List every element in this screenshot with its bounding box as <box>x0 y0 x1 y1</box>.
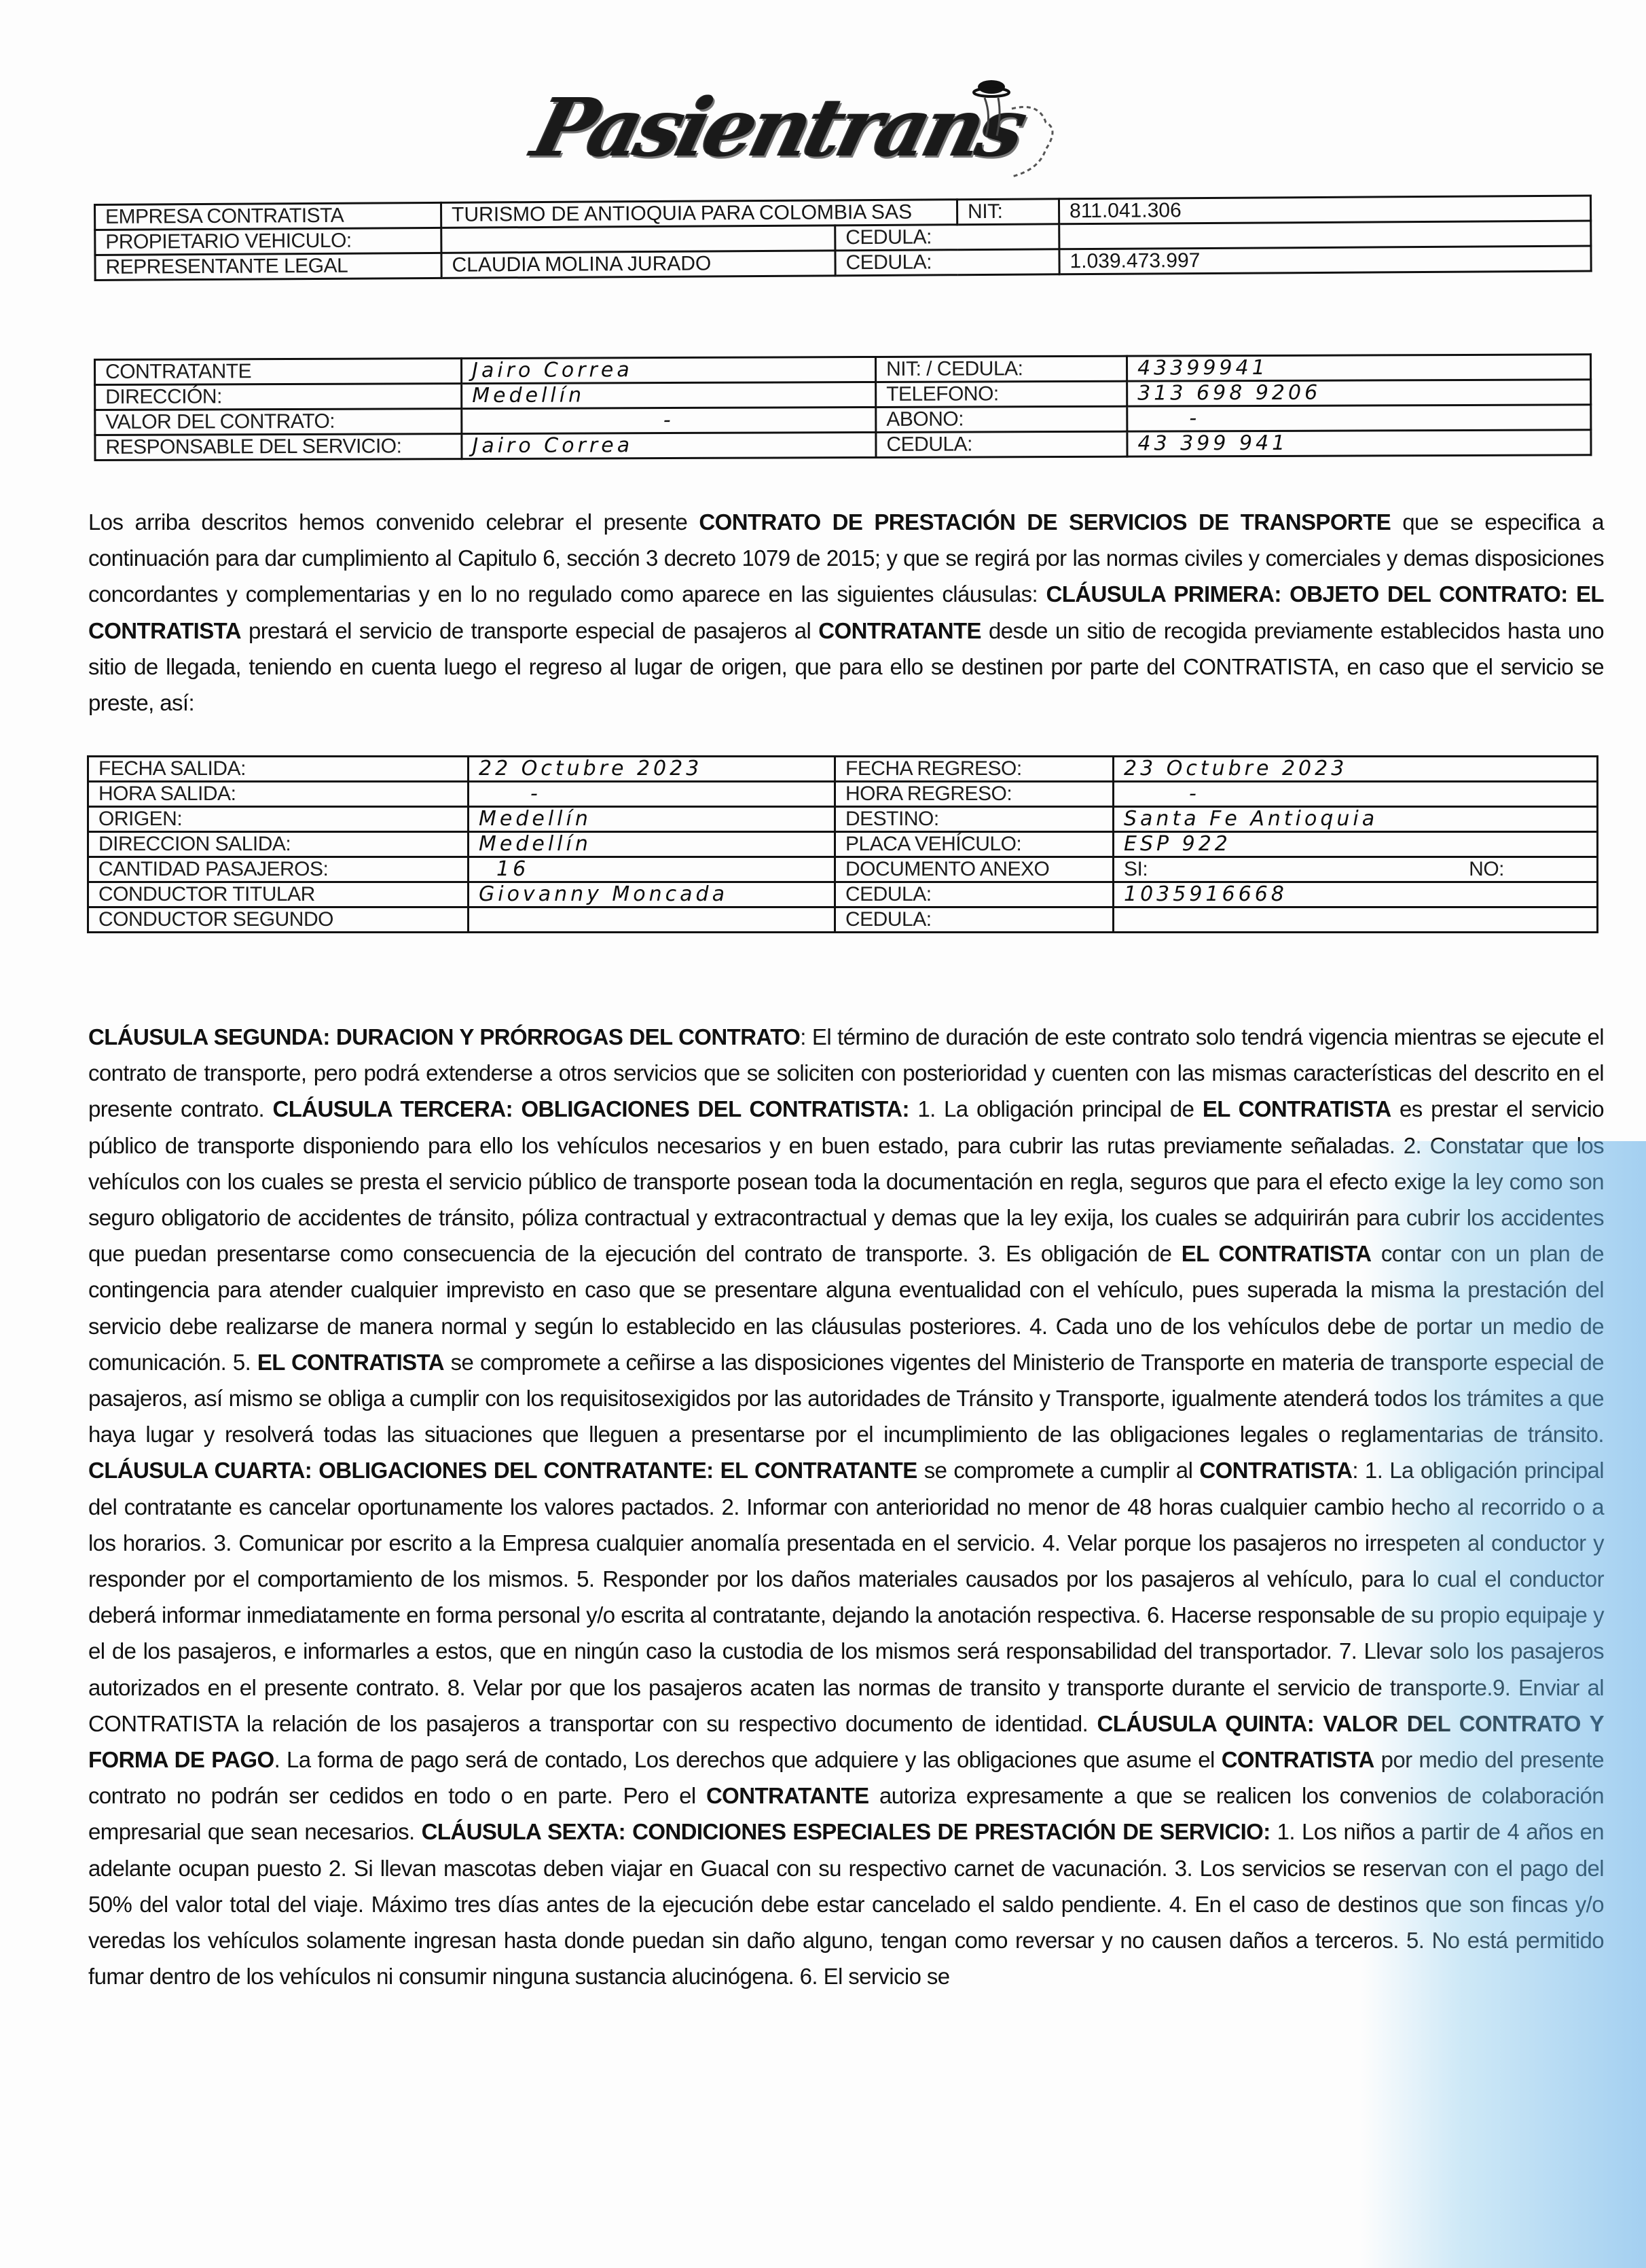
table-row: HORA SALIDA: - HORA REGRESO: - <box>88 782 1598 807</box>
table-row: FECHA SALIDA: 22 Octubre 2023 FECHA REGR… <box>88 757 1598 782</box>
client-address-value: Medellín <box>462 382 876 408</box>
row-label: DIRECCIÓN: <box>95 384 462 410</box>
paragraph-text: . La forma de pago será de contado, Los … <box>274 1747 1222 1772</box>
row-label: PROPIETARIO VEHICULO: <box>95 228 441 255</box>
bold-term: CONTRATISTA <box>1222 1747 1374 1772</box>
bold-term: CONTRATANTE <box>818 618 981 643</box>
clause-heading: CLÁUSULA TERCERA: OBLIGACIONES DEL CONTR… <box>272 1096 909 1121</box>
paragraph-text: 1. La obligación principal de <box>909 1096 1203 1121</box>
main-driver-cedula-value: 1035916668 <box>1114 882 1598 907</box>
bold-term: EL CONTRATISTA <box>1203 1096 1391 1121</box>
row-label: REPRESENTANTE LEGAL <box>95 253 441 280</box>
paragraph-text: se compromete a cumplir al <box>917 1458 1200 1483</box>
clauses-paragraph: CLÁUSULA SEGUNDA: DURACION Y PRÓRROGAS D… <box>88 1019 1604 1994</box>
table-row: CONDUCTOR SEGUNDO CEDULA: <box>88 907 1598 933</box>
second-driver-value <box>469 907 835 933</box>
row-label: RESPONSABLE DEL SERVICIO: <box>95 434 462 461</box>
clause-heading: CLÁUSULA SEXTA: CONDICIONES ESPECIALES D… <box>422 1819 1270 1844</box>
owner-value <box>441 226 835 253</box>
row-label: CEDULA: <box>835 882 1114 907</box>
destination-value: Santa Fe Antioquia <box>1114 807 1598 832</box>
client-name-value: Jairo Correa <box>462 357 876 383</box>
person-with-hat-icon <box>964 68 1066 190</box>
logo-text: Pasientrans <box>525 80 1033 175</box>
row-label: PLACA VEHÍCULO: <box>835 832 1114 857</box>
row-label: FECHA REGRESO: <box>835 757 1114 782</box>
paragraph-text: Los arriba descritos hemos convenido cel… <box>88 509 699 535</box>
annex-no-label: NO: <box>1469 858 1504 881</box>
annex-document-cell: SI: NO: <box>1114 857 1598 882</box>
row-label: HORA SALIDA: <box>88 782 469 807</box>
row-label: CANTIDAD PASAJEROS: <box>88 857 469 882</box>
deposit-value: - <box>1127 405 1591 431</box>
paragraph-text: 1. Los niños a partir de 4 años en adela… <box>88 1819 1604 1989</box>
bold-term: EL CONTRATISTA <box>257 1350 444 1375</box>
departure-address-value: Medellín <box>469 832 835 857</box>
row-label: CONTRATANTE <box>95 359 462 385</box>
paragraph-text: prestará el servicio de transporte espec… <box>241 618 818 643</box>
row-label: ORIGEN: <box>88 807 469 832</box>
row-label: TELEFONO: <box>876 381 1127 407</box>
company-info-table: EMPRESA CONTRATISTA TURISMO DE ANTIOQUIA… <box>94 195 1592 281</box>
clause-heading: CLÁUSULA SEGUNDA: DURACION Y PRÓRROGAS D… <box>88 1024 800 1049</box>
client-info-table: CONTRATANTE Jairo Correa NIT: / CEDULA: … <box>94 353 1592 461</box>
annex-si-label: SI: <box>1124 858 1148 881</box>
bold-term: CONTRATISTA <box>1199 1458 1352 1483</box>
return-date-value: 23 Octubre 2023 <box>1114 757 1598 782</box>
contract-title: CONTRATO DE PRESTACIÓN DE SERVICIOS DE T… <box>699 509 1391 535</box>
row-label: DOCUMENTO ANEXO <box>835 857 1114 882</box>
row-label: CEDULA: <box>876 431 1127 457</box>
departure-time-value: - <box>469 782 835 807</box>
company-name-value: TURISMO DE ANTIOQUIA PARA COLOMBIA SAS <box>441 200 957 228</box>
contract-value: - <box>462 407 876 433</box>
bold-term: CONTRATANTE <box>706 1783 869 1808</box>
row-label: HORA REGRESO: <box>835 782 1114 807</box>
nit-label: NIT: <box>957 199 1059 225</box>
table-row: CONDUCTOR TITULAR Giovanny Moncada CEDUL… <box>88 882 1598 907</box>
service-responsible-value: Jairo Correa <box>462 432 876 458</box>
row-label: CONDUCTOR SEGUNDO <box>88 907 469 933</box>
row-label: CEDULA: <box>835 907 1114 933</box>
nit-value: 811.041.306 <box>1059 196 1590 224</box>
company-logo: Pasientrans <box>530 68 1086 197</box>
table-row: DIRECCION SALIDA: Medellín PLACA VEHÍCUL… <box>88 832 1598 857</box>
owner-cedula-value <box>1059 221 1591 249</box>
passenger-count-value: 16 <box>469 857 835 882</box>
row-label: NIT: / CEDULA: <box>875 356 1127 382</box>
main-driver-value: Giovanny Moncada <box>469 882 835 907</box>
cedula-label: CEDULA: <box>835 249 1059 276</box>
responsible-cedula-value: 43 399 941 <box>1127 430 1591 456</box>
row-label: EMPRESA CONTRATISTA <box>95 202 441 230</box>
row-label: VALOR DEL CONTRATO: <box>95 409 462 435</box>
table-row: ORIGEN: Medellín DESTINO: Santa Fe Antio… <box>88 807 1598 832</box>
client-phone-value: 313 698 9206 <box>1127 380 1591 406</box>
row-label: FECHA SALIDA: <box>88 757 469 782</box>
row-label: CONDUCTOR TITULAR <box>88 882 469 907</box>
table-row: RESPONSABLE DEL SERVICIO: Jairo Correa C… <box>95 430 1591 461</box>
row-label: DIRECCION SALIDA: <box>88 832 469 857</box>
clause-heading: CLÁUSULA CUARTA: OBLIGACIONES DEL CONTRA… <box>88 1458 917 1483</box>
client-id-value: 43399941 <box>1127 355 1590 381</box>
return-time-value: - <box>1114 782 1598 807</box>
second-driver-cedula-value <box>1114 907 1598 933</box>
vehicle-plate-value: ESP 922 <box>1114 832 1598 857</box>
row-label: DESTINO: <box>835 807 1114 832</box>
origin-value: Medellín <box>469 807 835 832</box>
contract-page: Pasientrans EMPRESA CONTRATISTA TURISMO … <box>0 0 1646 2268</box>
legal-rep-cedula-value: 1.039.473.997 <box>1059 246 1591 274</box>
row-label: ABONO: <box>876 406 1127 432</box>
legal-rep-value: CLAUDIA MOLINA JURADO <box>441 251 835 278</box>
paragraph-text: : 1. La obligación principal del contrat… <box>88 1458 1604 1735</box>
table-row: CANTIDAD PASAJEROS: 16 DOCUMENTO ANEXO S… <box>88 857 1598 882</box>
departure-date-value: 22 Octubre 2023 <box>469 757 835 782</box>
bold-term: EL CONTRATISTA <box>1182 1241 1372 1266</box>
cedula-label: CEDULA: <box>835 224 1059 251</box>
trip-details-table: FECHA SALIDA: 22 Octubre 2023 FECHA REGR… <box>87 755 1598 933</box>
intro-paragraph: Los arriba descritos hemos convenido cel… <box>88 504 1604 721</box>
